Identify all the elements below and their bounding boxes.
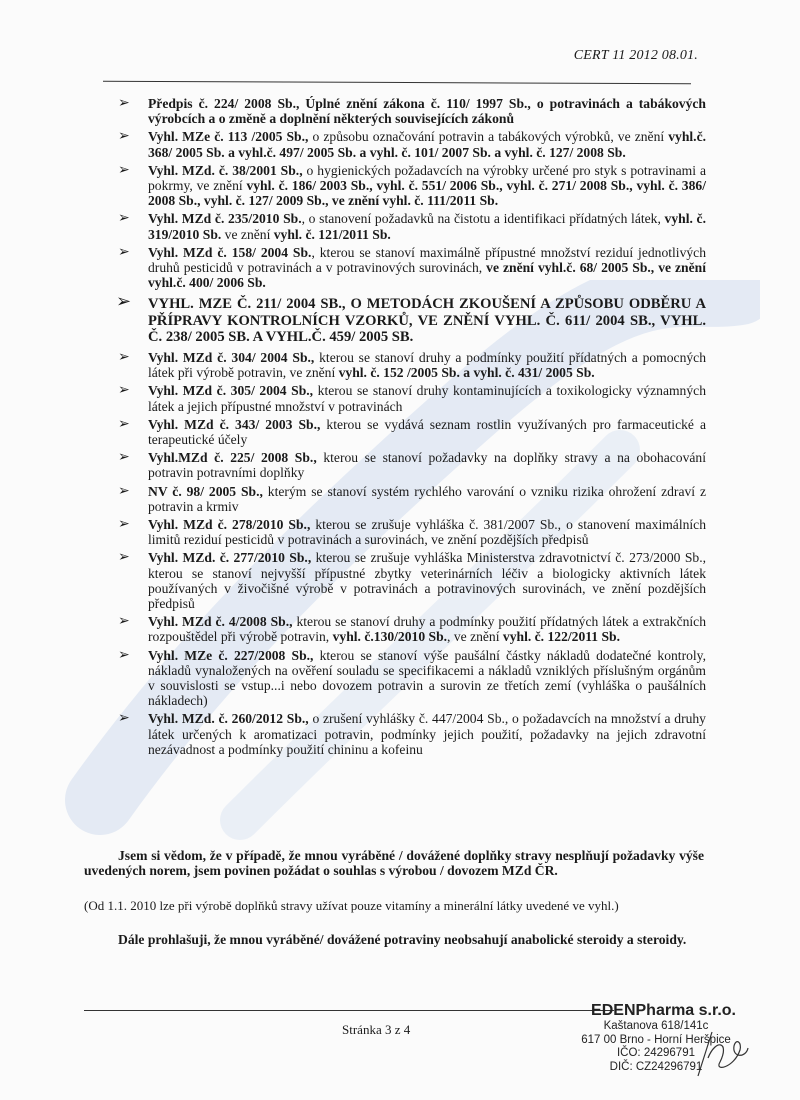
header-divider: [103, 81, 691, 85]
arrow-bullet-icon: ➢: [118, 129, 130, 144]
arrow-bullet-icon: ➢: [118, 517, 130, 532]
regulation-citation: Vyhl. MZd. č. 277/2010 Sb.,: [148, 550, 311, 565]
regulation-item: ➢ Vyhl. MZe č. 227/2008 Sb., kterou se s…: [112, 648, 706, 709]
regulation-citation: vyhl. č. 152 /2005 Sb. a vyhl. č. 431/ 2…: [339, 365, 595, 380]
regulation-citation: Vyhl. MZd č. 304/ 2004 Sb.,: [148, 350, 314, 365]
regulation-description: o způsobu označování potravin a tabákový…: [308, 129, 668, 144]
regulation-citation: vyhl. č. 122/2011 Sb.: [503, 629, 620, 644]
regulation-citation: Vyhl. MZd č. 278/2010 Sb.,: [148, 517, 310, 532]
regulation-citation: Vyhl. MZe č. 113 /2005 Sb.,: [148, 129, 308, 144]
regulation-citation: Vyhl.MZd č. 225/ 2008 Sb.,: [148, 450, 317, 465]
regulation-description: , o stanovení požadavků na čistotu a ide…: [302, 211, 665, 226]
regulation-description: , ve znění: [447, 629, 503, 644]
regulation-item: ➢Vyhl. MZd. č. 38/2001 Sb., o hygienický…: [112, 163, 706, 209]
regulation-description: ve znění: [221, 227, 273, 242]
arrow-bullet-icon: ➢: [118, 96, 130, 111]
document-reference: CERT 11 2012 08.01.: [574, 48, 698, 64]
regulation-citation: Předpis č. 224/ 2008 Sb., Úplné znění zá…: [148, 96, 706, 126]
arrow-bullet-icon: ➢: [118, 417, 130, 432]
regulation-citation: NV č. 98/ 2005 Sb.,: [148, 484, 263, 499]
regulation-citation: vyhl. č.130/2010 Sb.: [333, 629, 447, 644]
regulation-item: ➢ Vyhl. MZd č. 278/2010 Sb., kterou se z…: [112, 517, 706, 547]
arrow-bullet-icon: ➢: [118, 350, 130, 365]
stamp-company-name: EDENPharma s.r.o.: [576, 1002, 736, 1020]
arrow-bullet-icon: ➢: [118, 484, 130, 499]
footer-divider: [84, 1010, 614, 1011]
regulation-item: ➢ Vyhl. MZd. č. 277/2010 Sb., kterou se …: [112, 550, 706, 611]
regulation-item: ➢Vyhl. MZd č. 305/ 2004 Sb., kterou se s…: [112, 383, 706, 413]
regulation-item: ➢ NV č. 98/ 2005 Sb., kterým se stanoví …: [112, 484, 706, 514]
regulation-item: ➢ Vyhl. MZd č. 4/2008 Sb., kterou se sta…: [112, 614, 706, 644]
arrow-bullet-icon: ➢: [118, 648, 130, 663]
arrow-bullet-icon: ➢: [118, 211, 130, 226]
arrow-bullet-icon: ➢: [118, 614, 130, 629]
regulation-item: ➢Vyhl. MZd č. 158/ 2004 Sb., kterou se s…: [112, 245, 706, 291]
regulation-citation: Vyhl. MZe č. 227/2008 Sb.,: [148, 648, 313, 663]
arrow-bullet-icon: ➢: [118, 450, 130, 465]
arrow-bullet-icon: ➢: [118, 383, 130, 398]
regulation-citation: Vyhl. MZd č. 158/ 2004 Sb.: [148, 245, 311, 260]
signature: [690, 1028, 750, 1078]
regulation-item: ➢Vyhl. MZd č. 343/ 2003 Sb., kterou se v…: [112, 417, 706, 447]
regulation-item: ➢Vyhl. MZd č. 235/2010 Sb., o stanovení …: [112, 211, 706, 241]
regulation-citation: Vyhl. MZd č. 343/ 2003 Sb.,: [148, 417, 320, 432]
declaration-paragraph-1: Jsem si vědom, že v případě, že mnou vyr…: [84, 848, 704, 878]
arrow-bullet-icon: ➢: [118, 163, 130, 178]
page-number: Stránka 3 z 4: [342, 1022, 410, 1038]
regulation-item: ➢Vyhl. MZd č. 304/ 2004 Sb., kterou se s…: [112, 350, 706, 380]
regulation-item: ➢Předpis č. 224/ 2008 Sb., Úplné znění z…: [112, 96, 706, 126]
regulation-item: ➢Vyhl.MZd č. 225/ 2008 Sb., kterou se st…: [112, 450, 706, 480]
regulation-citation: Vyhl. MZd. č. 38/2001 Sb.,: [148, 163, 303, 178]
regulation-item: ➢Vyhl. MZe č. 113 /2005 Sb., o způsobu o…: [112, 129, 706, 159]
regulation-list: ➢Předpis č. 224/ 2008 Sb., Úplné znění z…: [112, 96, 706, 760]
declaration-note: (Od 1.1. 2010 lze při výrobě doplňků str…: [84, 898, 724, 914]
regulation-citation: Vyhl. MZd. č. 260/2012 Sb.,: [148, 711, 309, 726]
declaration-paragraph-2: Dále prohlašuji, že mnou vyráběné/ dováž…: [84, 932, 704, 947]
regulation-citation: Vyhl. MZd č. 4/2008 Sb.,: [148, 614, 293, 629]
regulation-citation: vyhl. č. 121/2011 Sb.: [274, 227, 391, 242]
arrow-bullet-icon: ➢: [116, 294, 131, 311]
regulation-item: ➢Vyhl. MZd. č. 260/2012 Sb., o zrušení v…: [112, 711, 706, 757]
regulation-item: ➢VYHL. MZE Č. 211/ 2004 SB., O METODÁCH …: [112, 296, 706, 346]
arrow-bullet-icon: ➢: [118, 711, 130, 726]
regulation-citation: Vyhl. MZd č. 305/ 2004 Sb.,: [148, 383, 313, 398]
arrow-bullet-icon: ➢: [118, 550, 130, 565]
regulation-citation: VYHL. MZE Č. 211/ 2004 SB., O METODÁCH Z…: [148, 296, 706, 345]
arrow-bullet-icon: ➢: [118, 245, 130, 260]
regulation-citation: Vyhl. MZd č. 235/2010 Sb.: [148, 211, 302, 226]
